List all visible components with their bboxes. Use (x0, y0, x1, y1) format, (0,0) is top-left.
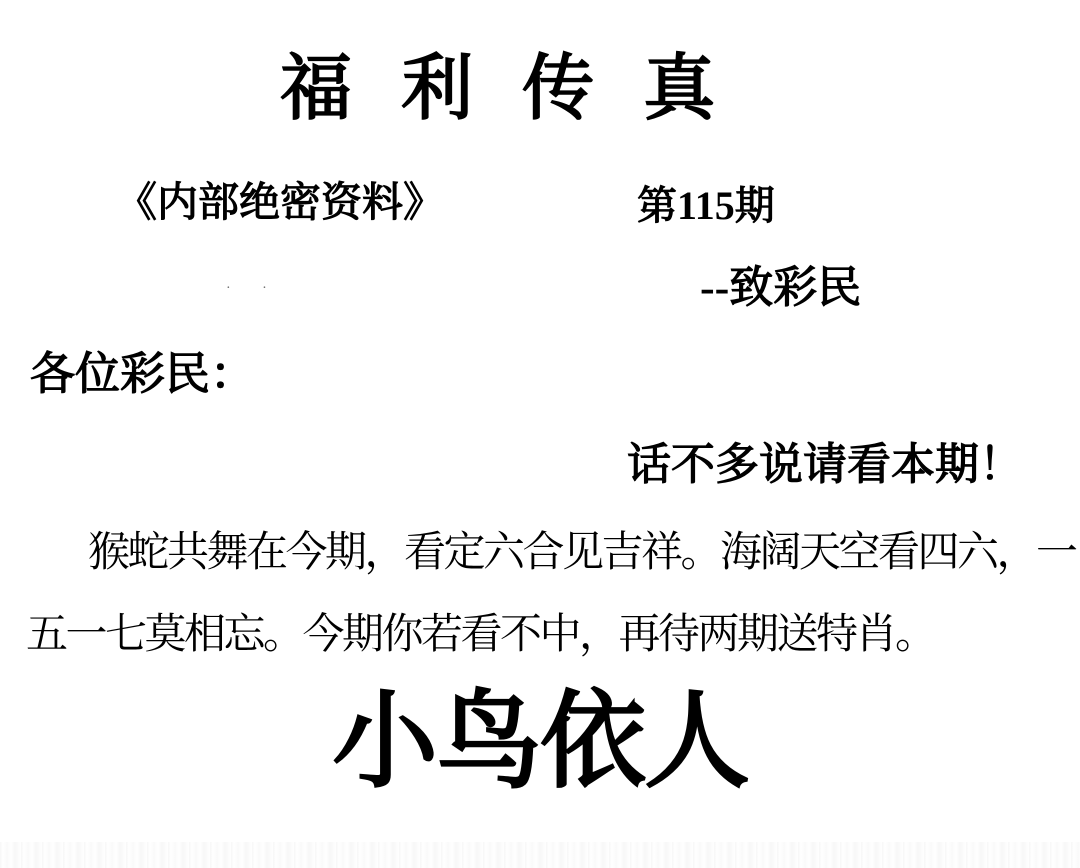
body-text-line-2: 五一七莫相忘。今期你若看不中，再待两期送特肖。 (26, 614, 935, 656)
scan-noise-band (0, 842, 1080, 868)
page-title: 福 利 传 真 (280, 52, 727, 124)
signature-text: 小鸟依人 (0, 690, 1080, 796)
dedication-line: --致彩民 (700, 266, 861, 310)
classification-label: 《内部绝密资料》 (116, 182, 444, 223)
salutation: 各位彩民： (30, 352, 255, 397)
issue-number: 第115期 (637, 186, 775, 226)
body-text-line-1: 猴蛇共舞在今期，看定六合见吉祥。海阔天空看四六，一 (88, 532, 1076, 574)
lead-in-line: 话不多说请看本期！ (627, 443, 1023, 487)
scan-stray-dots: · · (226, 282, 281, 296)
fax-document: 福 利 传 真 《内部绝密资料》 第115期 · · --致彩民 各位彩民： 话… (0, 0, 1080, 868)
